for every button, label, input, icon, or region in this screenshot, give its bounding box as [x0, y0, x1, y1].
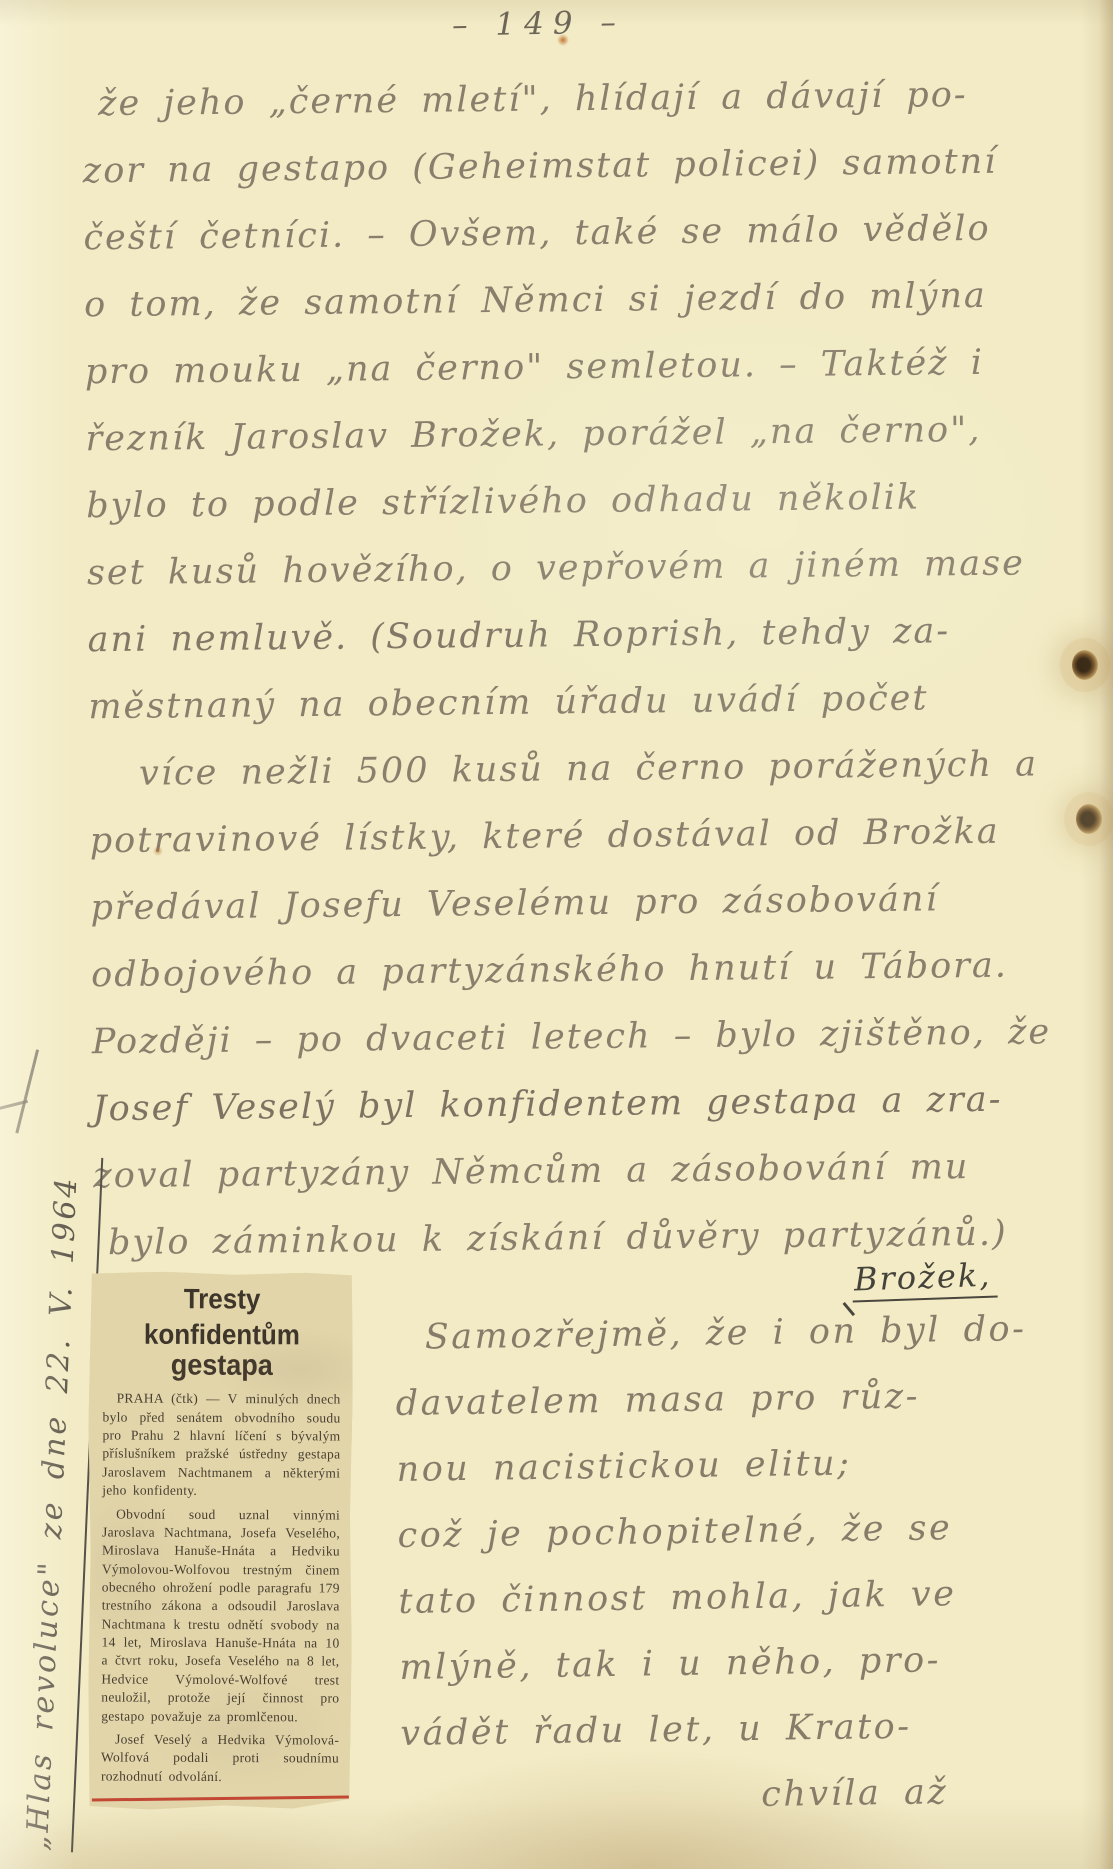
- clipping-paragraph: Josef Veselý a Hedvika Výmolová-Wolfová …: [101, 1730, 339, 1786]
- handwriting-line: mlýně, tak i u něho, pro-: [399, 1625, 1110, 1701]
- handwriting-line: vádět řadu let, u Krato-: [400, 1691, 1111, 1767]
- handwriting-right-column: Samozřejmě, že i on byl do- davatelem ma…: [394, 1295, 1111, 1833]
- handwriting-line: že jeho „černé mletí", hlídají a dávají …: [82, 61, 1093, 139]
- pencil-bracket-mark: [0, 1044, 39, 1133]
- clipping-paragraph: Obvodní soud uznal vinnými Jaroslava Nac…: [101, 1505, 340, 1726]
- handwriting-line: odbojového a partyzánského hnutí u Tábor…: [91, 932, 1102, 1010]
- red-underline: [92, 1796, 349, 1802]
- punch-hole: [1072, 650, 1098, 680]
- scanned-page: – 149 – že jeho „černé mletí", hlídají a…: [0, 0, 1113, 1869]
- handwriting-line: tato činnost mohla, jak ve: [398, 1559, 1109, 1635]
- handwriting-line: potravinové lístky, které dostával od Br…: [89, 798, 1100, 876]
- handwriting-line: set kusů hovězího, o vepřovém a jiném ma…: [87, 530, 1098, 608]
- handwriting-line: ani nemluvě. (Soudruh Roprish, tehdy za-: [87, 597, 1098, 675]
- handwriting-block: že jeho „černé mletí", hlídají a dávají …: [82, 61, 1105, 1278]
- handwriting-line: čeští četníci. – Ovšem, také se málo věd…: [83, 195, 1094, 273]
- handwriting-line: řezník Jaroslav Brožek, porážel „na čern…: [85, 396, 1096, 474]
- clipping-headline-line1: Tresty konfidentům: [103, 1281, 341, 1352]
- handwriting-line: zoval partyzány Němcům a zásobování mu: [93, 1133, 1104, 1211]
- page-number: – 149 –: [452, 4, 625, 43]
- handwriting-line: zor na gestapo (Geheimstat policei) samo…: [82, 128, 1093, 206]
- handwriting-line: což je pochopitelné, že se: [397, 1493, 1108, 1569]
- punch-hole: [1076, 804, 1102, 834]
- newspaper-clipping: Tresty konfidentům gestapa PRAHA (čtk) —…: [87, 1271, 353, 1812]
- insertion-note: Brožek,: [851, 1255, 998, 1302]
- handwriting-line: o tom, že samotní Němci si jezdí do mlýn…: [84, 262, 1095, 340]
- handwriting-line: Později – po dvaceti letech – bylo zjišt…: [92, 999, 1103, 1077]
- clipping-headline-line2: gestapa: [103, 1347, 341, 1383]
- handwriting-line: více nežli 500 kusů na černo porážených …: [89, 731, 1100, 809]
- handwriting-line: chvíla až: [401, 1757, 1112, 1833]
- handwriting-line: bylo to podle střízlivého odhadu několik: [86, 463, 1097, 541]
- handwriting-line: městnaný na obecním úřadu uvádí počet: [88, 664, 1099, 742]
- handwriting-line: davatelem masa pro růz-: [395, 1361, 1106, 1437]
- handwriting-line: pro mouku „na černo" semletou. – Taktéž …: [85, 329, 1096, 407]
- handwriting-line: předával Josefu Veselému pro zásobování: [90, 865, 1101, 943]
- handwriting-line: Samozřejmě, že i on byl do-: [394, 1295, 1105, 1371]
- clipping-paragraph: PRAHA (čtk) — V minulých dnech bylo před…: [102, 1390, 340, 1501]
- handwriting-line: Josef Veselý byl konfidentem gestapa a z…: [92, 1066, 1103, 1144]
- handwriting-line: nou nacistickou elitu;: [396, 1427, 1107, 1503]
- insertion-note-wrapper: Brožek,: [851, 1255, 998, 1302]
